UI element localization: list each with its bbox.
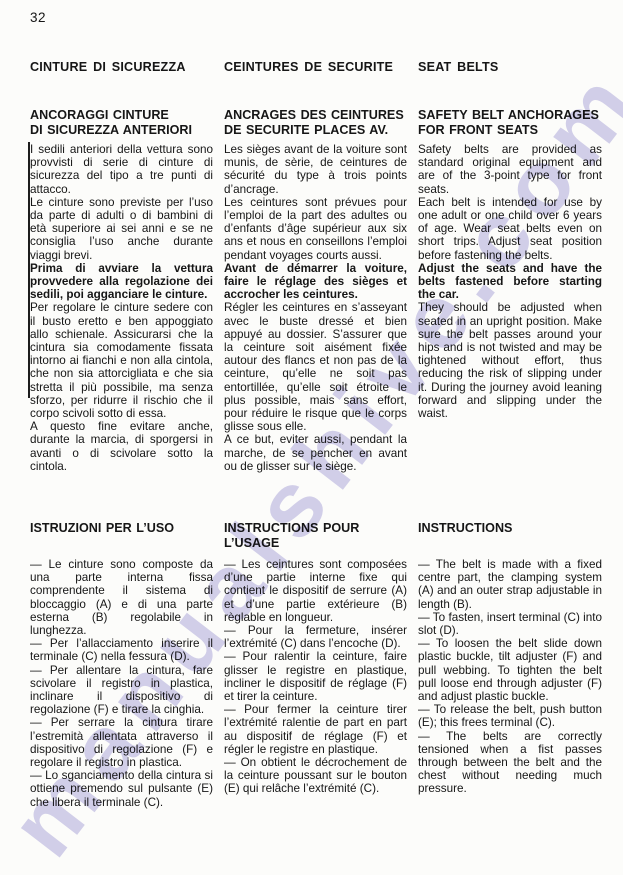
paragraph: Les ceintures sont prévues pour l’emploi… [224, 196, 407, 262]
instructions-heading: INSTRUCTIONS POUR L’USAGE [224, 521, 407, 558]
instructions-heading: ISTRUZIONI PER L’USO [30, 521, 213, 558]
instructions-section: INSTRUCTIONS POUR L’USAGE — Les ceinture… [224, 521, 407, 796]
instruction-item: — Le cinture sono composte da una parte … [30, 558, 213, 637]
paragraph: Each belt is intended for use by one adu… [418, 196, 602, 262]
instructions-section: INSTRUCTIONS — The belt is made with a f… [418, 521, 602, 796]
instruction-item: — Per allentare la cintura, fare scivola… [30, 664, 213, 717]
instruction-item: — To loosen the belt slide down plastic … [418, 637, 602, 703]
intro-paragraphs: Les sièges avant de la voiture sont muni… [224, 143, 407, 521]
paragraph: Safety belts are provided as standard or… [418, 143, 602, 196]
column-title: CEINTURES DE SECURITE [224, 60, 407, 76]
column-title: SEAT BELTS [418, 60, 602, 76]
instruction-item: — On obtient le décrochement de la ceint… [224, 756, 407, 796]
instruction-item: — To fasten, insert terminal (C) into sl… [418, 611, 602, 637]
instructions-section: ISTRUZIONI PER L’USO — Le cinture sono c… [30, 521, 213, 809]
paragraph: I sedili anteriori della vettura sono pr… [30, 143, 213, 196]
instruction-item: — Pour ralentir la ceinture, faire gliss… [224, 650, 407, 703]
paragraph: Les sièges avant de la voiture sont muni… [224, 143, 407, 196]
columns-container: CINTURE DI SICUREZZA ANCORAGGI CINTURE D… [30, 60, 602, 809]
section-heading: SAFETY BELT ANCHORAGES FOR FRONT SEATS [418, 108, 602, 138]
language-column-italian: CINTURE DI SICUREZZA ANCORAGGI CINTURE D… [30, 60, 213, 809]
column-title: CINTURE DI SICUREZZA [30, 60, 213, 76]
instruction-item: — To release the belt, push button (E); … [418, 703, 602, 729]
instruction-item: — Les ceintures sont composées d’une par… [224, 558, 407, 624]
instruction-list: — The belt is made with a fixed centre p… [418, 558, 602, 796]
intro-paragraphs: I sedili anteriori della vettura sono pr… [30, 143, 213, 521]
section-heading: ANCORAGGI CINTURE DI SICUREZZA ANTERIORI [30, 108, 213, 138]
instruction-item: — The belts are correctly tensioned when… [418, 730, 602, 796]
instruction-list: — Les ceintures sont composées d’une par… [224, 558, 407, 796]
section-heading: ANCRAGES DES CEINTURES DE SECURITE PLACE… [224, 108, 407, 138]
instruction-item: — Pour fermer la ceinture tirer l’extrém… [224, 703, 407, 756]
paragraph: Régler les ceintures en s’asseyant avec … [224, 301, 407, 433]
instruction-item: — Per l’allacciamento inserire il termin… [30, 637, 213, 663]
intro-paragraphs: Safety belts are provided as standard or… [418, 143, 602, 521]
paragraph: Per regolare le cinture sedere con il bu… [30, 301, 213, 420]
paragraph: A questo fine evitare anche, durante la … [30, 420, 213, 473]
instruction-item: — The belt is made with a fixed centre p… [418, 558, 602, 611]
language-column-french: CEINTURES DE SECURITE ANCRAGES DES CEINT… [224, 60, 407, 809]
paragraph: Prima di avviare la vettura provvedere a… [30, 262, 213, 302]
paragraph: Avant de démarrer la voiture, faire le r… [224, 262, 407, 302]
instruction-item: — Lo sganciamento della cintura si ottie… [30, 769, 213, 809]
paragraph: Le cinture sono previste per l’uso da pa… [30, 196, 213, 262]
instruction-item: — Pour la fermeture, insérer l’extrémité… [224, 624, 407, 650]
instruction-list: — Le cinture sono composte da una parte … [30, 558, 213, 809]
page-number: 32 [30, 10, 46, 25]
instructions-heading: INSTRUCTIONS [418, 521, 602, 558]
instruction-item: — Per serrare la cintura tirare l’estrem… [30, 716, 213, 769]
language-column-english: SEAT BELTS SAFETY BELT ANCHORAGES FOR FR… [418, 60, 602, 809]
paragraph: A ce but, eviter aussi, pendant la march… [224, 433, 407, 473]
paragraph: Adjust the seats and have the belts fast… [418, 262, 602, 302]
paragraph: They should be adjusted when seated in a… [418, 301, 602, 420]
